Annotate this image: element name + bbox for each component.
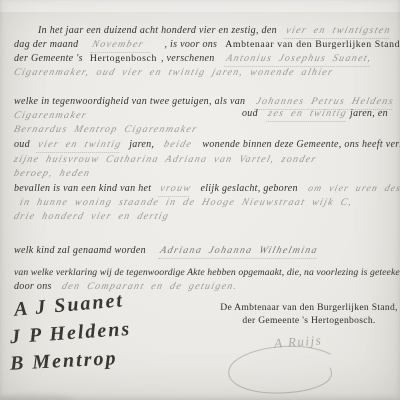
print-year-text: In het jaar een duizend acht honderd vie…	[38, 25, 277, 36]
line-closing-1: van welke verklaring wij de tegenwoordig…	[14, 264, 400, 279]
print-child-name-label: welk kind zal genaamd worden	[14, 245, 146, 256]
print-bevallen: bevallen is van een kind van het	[14, 183, 151, 194]
print-jaren: jaren,	[129, 139, 154, 150]
official-title-line1: De Ambtenaar van den Burgerlijken Stand,	[220, 301, 398, 314]
print-geslacht-geboren: elijk geslacht, geboren	[200, 183, 297, 194]
signature-heldens: J P Heldens	[9, 318, 132, 349]
hand-beide: beide	[163, 138, 194, 151]
hand-witness2-name: Bernardus Mentrop Cigarenmaker	[12, 123, 199, 136]
print-closing-1: van welke verklaring wij de tegenwoordig…	[14, 267, 400, 278]
line-mother-name: zijne huisvrouw Catharina Adriana van Va…	[14, 151, 317, 166]
print-door-ons: door ons	[14, 281, 52, 292]
print-declaration: wonende binnen deze Gemeente, ons heeft …	[202, 139, 400, 150]
official-block: De Ambtenaar van den Burgerlijken Stand,…	[220, 301, 398, 327]
print-hertogenbosch: Hertogenbosch	[90, 53, 157, 64]
hand-signed-by: den Comparant en de getuigen.	[60, 280, 239, 293]
line-declarant-details: Cigarenmaker, oud vier en twintig jaren,…	[14, 64, 333, 79]
signature-mentrop: B Mentrop	[9, 347, 118, 376]
line-witness1-age: Cigarenmaker oud zes en twintig jaren, e…	[14, 107, 396, 122]
birth-certificate-scan: In het jaar een duizend acht honderd vie…	[0, 0, 400, 400]
official-title-line2: der Gemeente 's Hertogenbosch.	[220, 314, 398, 327]
print-gemeente: der Gemeente 's	[14, 53, 83, 64]
official-signature: A Ruijs	[274, 332, 323, 351]
hand-child-name: Adriana Johanna Wilhelmina	[158, 244, 319, 259]
print-witnesses-intro: welke in tegenwoordigheid van twee getui…	[14, 96, 245, 107]
print-oud-2: oud	[14, 139, 30, 150]
signature-suanet: A J Suanet	[13, 289, 125, 322]
hand-house-number: drie honderd vier en dertig	[12, 210, 170, 223]
print-jaren-en: jaren, en	[350, 107, 388, 120]
line-closing-2: door ons den Comparant en de getuigen.	[14, 278, 237, 293]
hand-declarant-occupation-age: Cigarenmaker, oud vier en twintig jaren,…	[12, 66, 334, 79]
print-verschenen: , verschenen	[161, 53, 215, 64]
print-is-voor-ons: , is voor ons	[164, 39, 217, 50]
scan-smudge	[0, 394, 74, 400]
print-month-label: dag der maand	[14, 39, 78, 50]
print-registrar-title: Ambtenaar van den Burgerlijken Stand,	[225, 39, 400, 50]
print-oud-1: oud	[242, 107, 258, 120]
line-house-number: drie honderd vier en dertig	[14, 208, 169, 223]
hand-witness1-age: zes en twintig	[266, 107, 348, 122]
line-birth-address: in hunne woning staande in de Hooge Nieu…	[20, 194, 352, 209]
line-mother-occupation: beroep, heden	[14, 165, 90, 180]
line-witness2-name: Bernardus Mentrop Cigarenmaker	[14, 121, 197, 136]
line-child-name: welk kind zal genaamd worden Adriana Joh…	[14, 242, 317, 259]
hand-mother-occupation: beroep, heden	[12, 167, 91, 180]
